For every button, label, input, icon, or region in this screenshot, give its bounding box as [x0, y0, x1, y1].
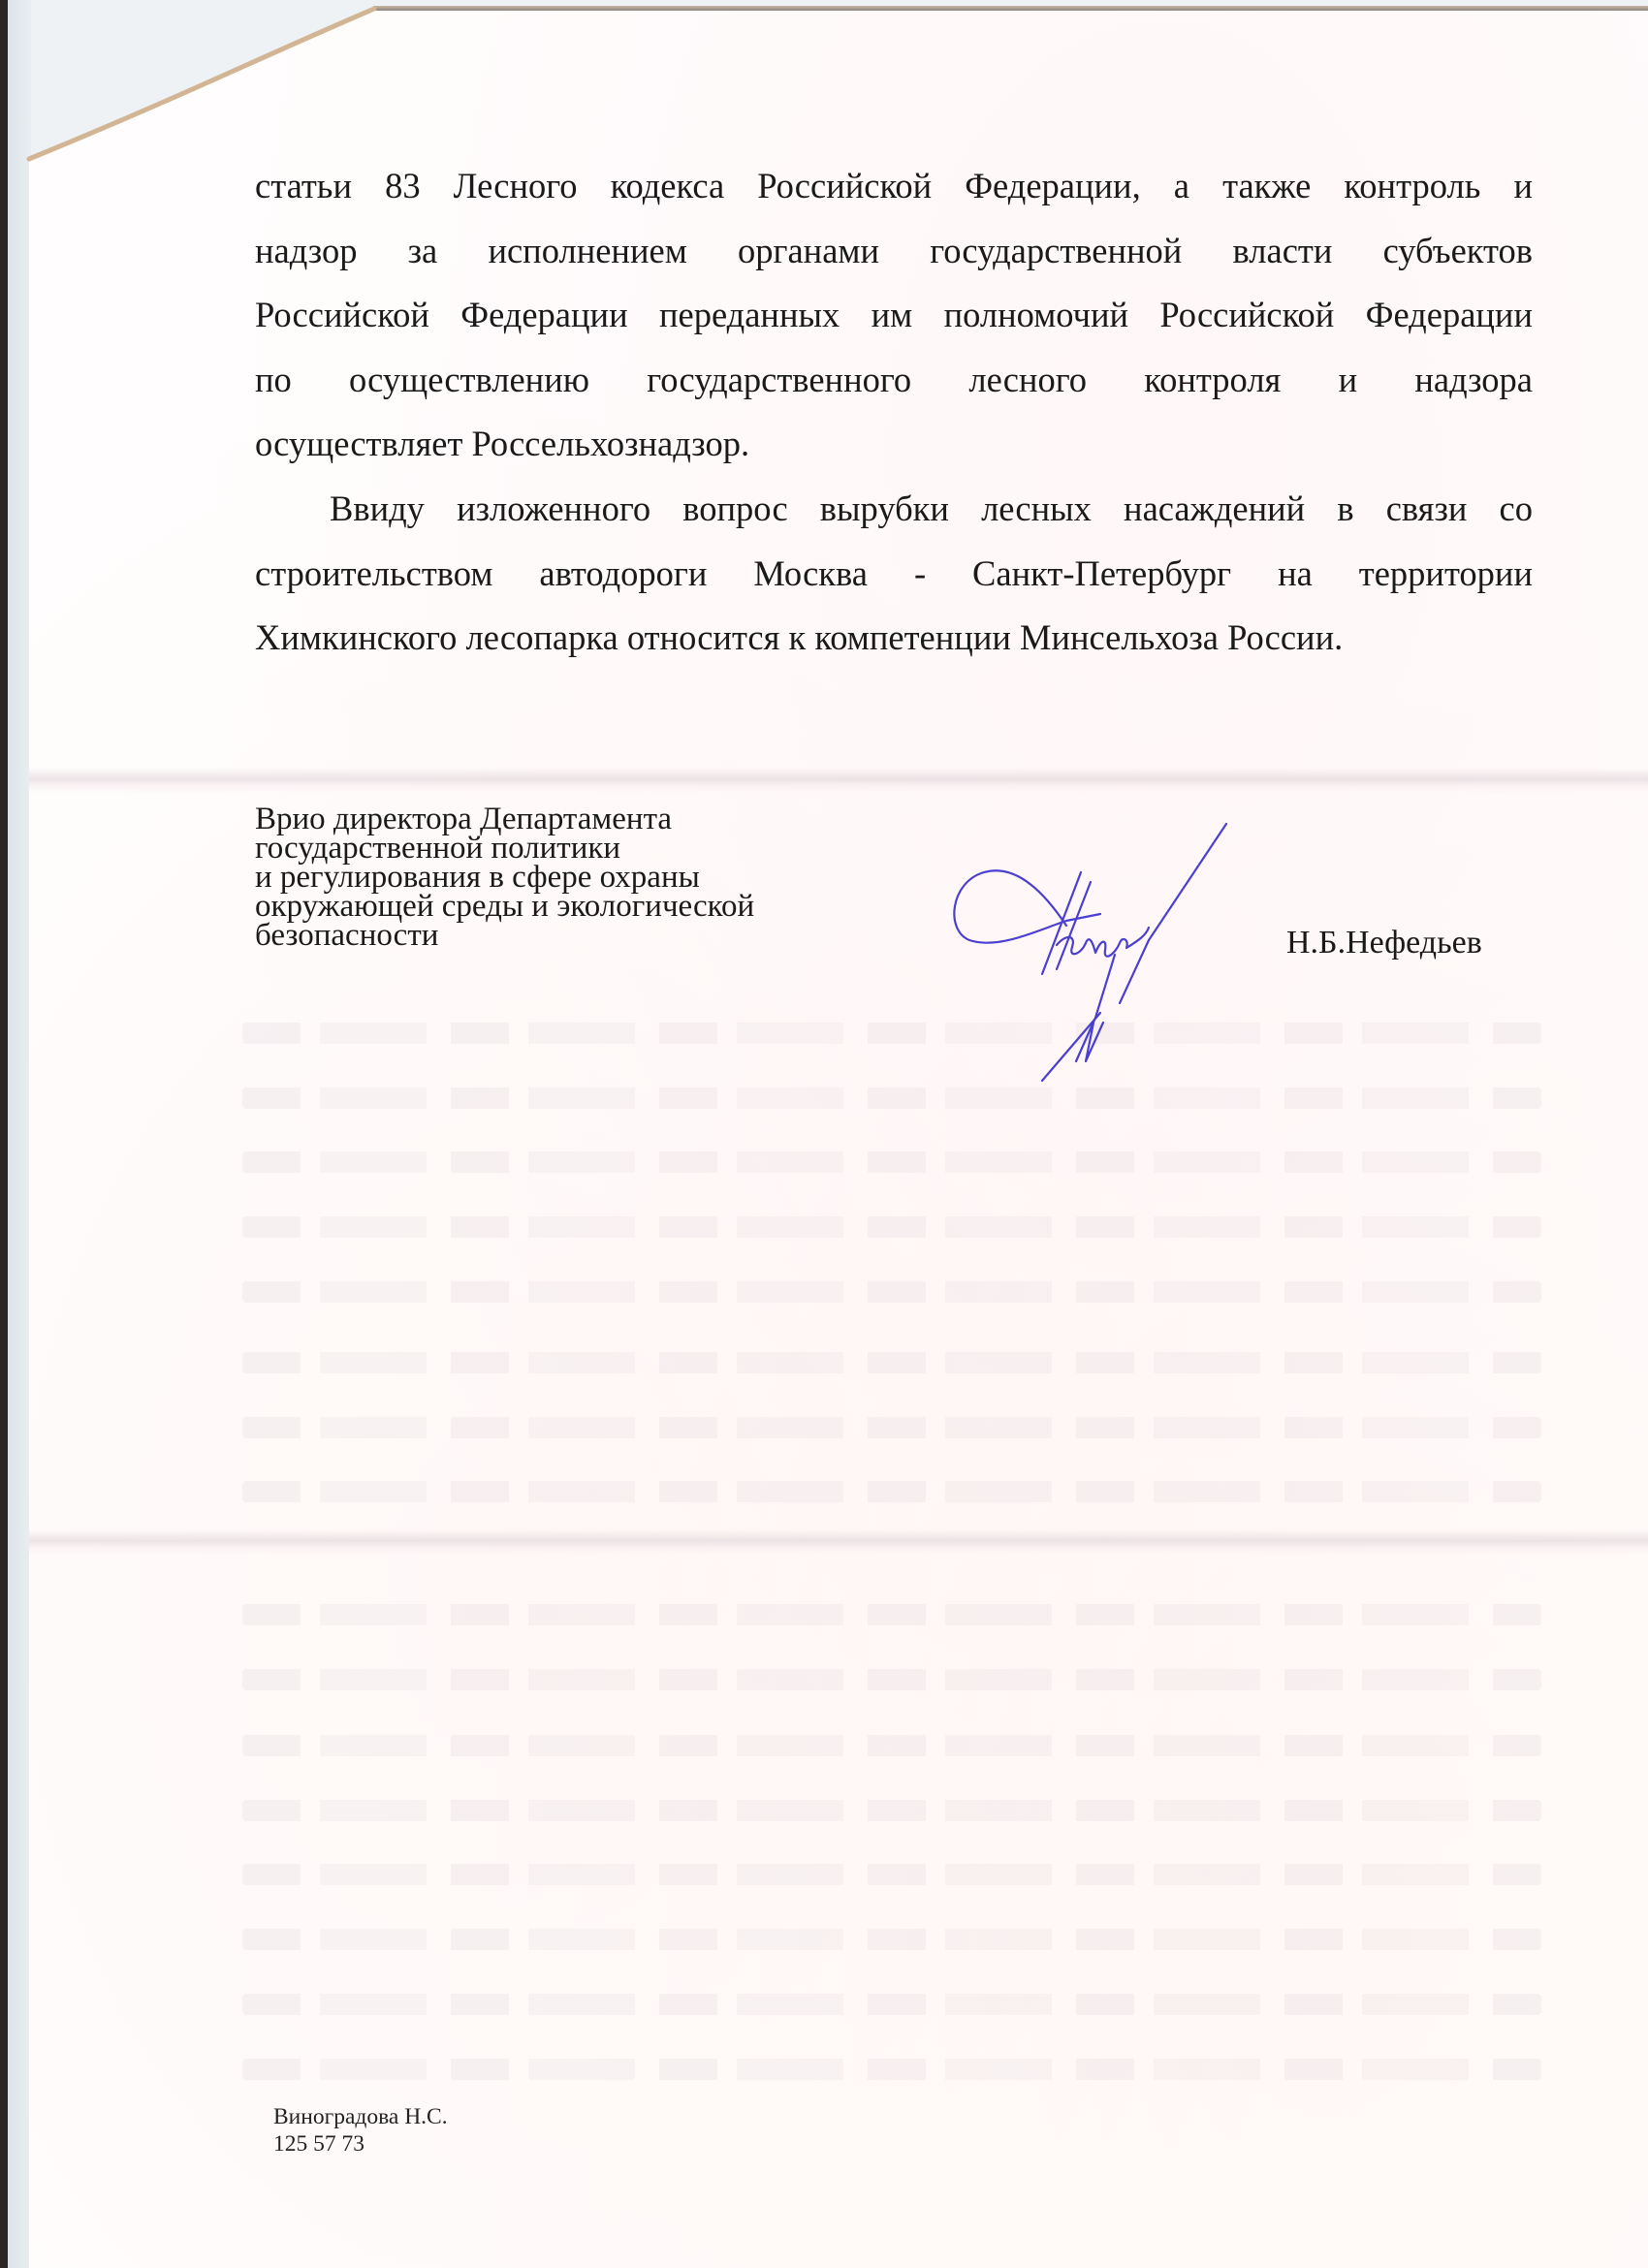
paper-fold-line	[29, 768, 1648, 793]
reverse-side-bleed	[242, 1216, 1541, 1238]
scanner-edge-strip	[0, 0, 8, 2268]
reverse-side-bleed	[242, 1023, 1541, 1044]
body-line: Ввиду изложенного вопрос вырубки лесных …	[330, 489, 1533, 528]
reverse-side-bleed	[242, 2059, 1541, 2080]
body-line: Химкинского лесопарка относится к компет…	[255, 618, 1533, 657]
folded-corner-edge	[29, 8, 378, 163]
reverse-side-bleed	[242, 1669, 1541, 1690]
signer-title-line: безопасности	[255, 921, 438, 950]
executor-phone: 125 57 73	[273, 2131, 364, 2157]
reverse-side-bleed	[242, 1481, 1541, 1502]
paper-fold-line	[29, 1529, 1648, 1555]
scanner-margin	[8, 0, 31, 2268]
reverse-side-bleed	[242, 1417, 1541, 1438]
signer-title-line: государственной политики	[255, 834, 620, 863]
reverse-side-bleed	[242, 1604, 1541, 1625]
handwritten-signature-icon	[931, 819, 1241, 1090]
signer-name: Н.Б.Нефедьев	[1286, 926, 1482, 961]
reverse-side-bleed	[242, 1994, 1541, 2015]
reverse-side-bleed	[242, 1929, 1541, 1950]
reverse-side-bleed	[242, 1800, 1541, 1821]
reverse-side-bleed	[242, 1735, 1541, 1756]
paper-top-edge	[373, 6, 1648, 11]
signer-title-line: Врио директора Департамента	[255, 804, 672, 834]
body-line: по осуществлению государственного лесног…	[255, 361, 1533, 399]
signer-title-line: и регулирования в сфере охраны	[255, 863, 700, 892]
signer-title-line: окружающей среды и экологической	[255, 892, 754, 921]
executor-name: Виноградова Н.С.	[273, 2104, 448, 2129]
reverse-side-bleed	[242, 1151, 1541, 1173]
body-line: осуществляет Россельхознадзор.	[255, 425, 1533, 463]
body-line: надзор за исполнением органами государст…	[255, 232, 1533, 270]
reverse-side-bleed	[242, 1087, 1541, 1109]
body-line: строительством автодороги Москва - Санкт…	[255, 554, 1533, 593]
reverse-side-bleed	[242, 1352, 1541, 1373]
reverse-side-bleed	[242, 1281, 1541, 1303]
body-line: статьи 83 Лесного кодекса Российской Фед…	[255, 167, 1533, 205]
body-line: Российской Федерации переданных им полно…	[255, 296, 1533, 334]
reverse-side-bleed	[242, 1864, 1541, 1885]
